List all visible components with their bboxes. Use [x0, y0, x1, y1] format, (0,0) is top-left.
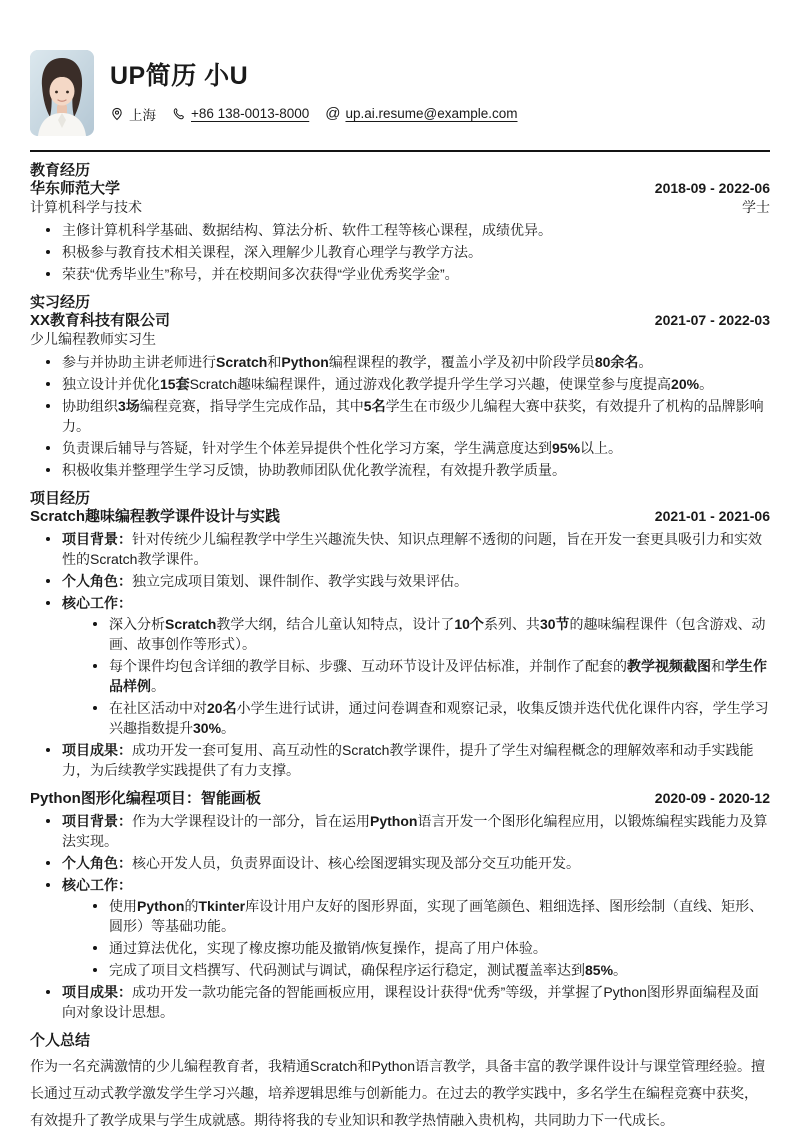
bullet-list: 主修计算机科学基础、数据结构、算法分析、软件工程等核心课程，成绩优异。积极参与教…: [30, 220, 770, 284]
bullet-item: 每个课件均包含详细的教学目标、步骤、互动环节设计及评估标准，并制作了配套的教学视…: [77, 656, 770, 696]
section-projects: 项目经历Scratch趣味编程教学课件设计与实践2021-01 - 2021-0…: [30, 490, 770, 1022]
bullet-item: 个人角色：核心开发人员，负责界面设计、核心绘图逻辑实现及部分交互功能开发。: [30, 853, 770, 873]
bullet-item: 项目成果：成功开发一款功能完备的智能画板应用，课程设计获得“优秀”等级，并掌握了…: [30, 982, 770, 1022]
entry-title: XX教育科技有限公司: [30, 312, 170, 329]
map-pin-icon: [110, 107, 124, 121]
entry-head: XX教育科技有限公司2021-07 - 2022-03: [30, 312, 770, 329]
bullet-list: 项目背景：作为大学课程设计的一部分，旨在运用Python语言开发一个图形化编程应…: [30, 811, 770, 1022]
location-text: 上海: [129, 104, 156, 124]
resume-body: 教育经历华东师范大学2018-09 - 2022-06计算机科学与技术学士主修计…: [30, 162, 770, 1130]
header-divider: [30, 150, 770, 152]
entry: 华东师范大学2018-09 - 2022-06计算机科学与技术学士主修计算机科学…: [30, 180, 770, 284]
bullet-item: 深入分析Scratch教学大纲，结合儿童认知特点，设计了10个系列、共30节的趣…: [77, 614, 770, 654]
bullet-list: 参与并协助主讲老师进行Scratch和Python编程课程的教学，覆盖小学及初中…: [30, 352, 770, 480]
section-title-internship: 实习经历: [30, 294, 770, 311]
email-item: @ up.ai.resume@example.com: [325, 106, 517, 121]
entry-head: 华东师范大学2018-09 - 2022-06: [30, 180, 770, 197]
contact-row: 上海 +86 138-0013-8000 @ up.ai.resume@exam…: [110, 104, 518, 124]
phone-icon: [172, 107, 186, 121]
email-link[interactable]: up.ai.resume@example.com: [345, 106, 517, 121]
bullet-item: 项目成果：成功开发一套可复用、高互动性的Scratch教学课件，提升了学生对编程…: [30, 740, 770, 780]
entry-subtitle: 计算机科学与技术: [30, 199, 142, 216]
bullet-item: 积极参与教育技术相关课程，深入理解少儿教育心理学与教学方法。: [30, 242, 770, 262]
entry-title: Scratch趣味编程教学课件设计与实践: [30, 508, 280, 525]
bullet-item: 积极收集并整理学生学习反馈，协助教师团队优化教学流程，有效提升教学质量。: [30, 460, 770, 480]
entry-date: 2020-09 - 2020-12: [655, 790, 770, 807]
bullet-item: 完成了项目文档撰写、代码测试与调试，确保程序运行稳定，测试覆盖率达到85%。: [77, 960, 770, 980]
entry-title: Python图形化编程项目：智能画板: [30, 790, 261, 807]
entry: XX教育科技有限公司2021-07 - 2022-03少儿编程教师实习生参与并协…: [30, 312, 770, 480]
entry-date: 2021-01 - 2021-06: [655, 508, 770, 525]
bullet-item: 荣获“优秀毕业生”称号，并在校期间多次获得“学业优秀奖学金”。: [30, 264, 770, 284]
section-title-summary: 个人总结: [30, 1032, 770, 1049]
entry-title: 华东师范大学: [30, 180, 120, 197]
bullet-item: 项目背景：作为大学课程设计的一部分，旨在运用Python语言开发一个图形化编程应…: [30, 811, 770, 851]
resume-header: UP简历 小U 上海 +86 138-0013-8000 @: [30, 50, 770, 136]
section-title-education: 教育经历: [30, 162, 770, 179]
entry-subrow: 计算机科学与技术学士: [30, 199, 770, 216]
bullet-item: 项目背景：针对传统少儿编程教学中学生兴趣流失快、知识点理解不透彻的问题，旨在开发…: [30, 529, 770, 569]
entry: Scratch趣味编程教学课件设计与实践2021-01 - 2021-06项目背…: [30, 508, 770, 780]
entry: Python图形化编程项目：智能画板2020-09 - 2020-12项目背景：…: [30, 790, 770, 1022]
bullet-item: 协助组织3场编程竞赛，指导学生完成作品，其中5名学生在市级少儿编程大赛中获奖，有…: [30, 396, 770, 436]
resume-page: UP简历 小U 上海 +86 138-0013-8000 @: [0, 0, 800, 1130]
bullet-item: 核心工作：深入分析Scratch教学大纲，结合儿童认知特点，设计了10个系列、共…: [30, 593, 770, 738]
bullet-item: 使用Python的Tkinter库设计用户友好的图形界面，实现了画笔颜色、粗细选…: [77, 896, 770, 936]
entry-head: Python图形化编程项目：智能画板2020-09 - 2020-12: [30, 790, 770, 807]
bullet-item: 在社区活动中对20名小学生进行试讲，通过问卷调查和观察记录，收集反馈并迭代优化课…: [77, 698, 770, 738]
candidate-name: UP简历 小U: [110, 63, 518, 91]
entry-subrow: 少儿编程教师实习生: [30, 331, 770, 348]
section-education: 教育经历华东师范大学2018-09 - 2022-06计算机科学与技术学士主修计…: [30, 162, 770, 284]
bullet-item: 负责课后辅导与答疑，针对学生个体差异提供个性化学习方案，学生满意度达到95%以上…: [30, 438, 770, 458]
bullet-item: 通过算法优化，实现了橡皮擦功能及撤销/恢复操作，提高了用户体验。: [77, 938, 770, 958]
bullet-item: 个人角色：独立完成项目策划、课件制作、教学实践与效果评估。: [30, 571, 770, 591]
location-item: 上海: [110, 104, 156, 124]
sub-bullet-list: 深入分析Scratch教学大纲，结合儿童认知特点，设计了10个系列、共30节的趣…: [77, 614, 770, 738]
profile-photo-illustration: [30, 50, 94, 136]
section-summary: 个人总结作为一名充满激情的少儿编程教育者，我精通Scratch和Python语言…: [30, 1032, 770, 1130]
entry-date: 2018-09 - 2022-06: [655, 180, 770, 197]
bullet-list: 项目背景：针对传统少儿编程教学中学生兴趣流失快、知识点理解不透彻的问题，旨在开发…: [30, 529, 770, 780]
bullet-item: 核心工作：使用Python的Tkinter库设计用户友好的图形界面，实现了画笔颜…: [30, 875, 770, 980]
bullet-item: 参与并协助主讲老师进行Scratch和Python编程课程的教学，覆盖小学及初中…: [30, 352, 770, 372]
phone-item: +86 138-0013-8000: [172, 106, 309, 121]
section-title-projects: 项目经历: [30, 490, 770, 507]
entry-subtitle: 少儿编程教师实习生: [30, 331, 156, 348]
bullet-item: 独立设计并优化15套Scratch趣味编程课件，通过游戏化教学提升学生学习兴趣，…: [30, 374, 770, 394]
phone-link[interactable]: +86 138-0013-8000: [191, 106, 309, 121]
sub-bullet-list: 使用Python的Tkinter库设计用户友好的图形界面，实现了画笔颜色、粗细选…: [77, 896, 770, 980]
entry-date: 2021-07 - 2022-03: [655, 312, 770, 329]
header-text: UP简历 小U 上海 +86 138-0013-8000 @: [110, 50, 518, 124]
entry-head: Scratch趣味编程教学课件设计与实践2021-01 - 2021-06: [30, 508, 770, 525]
email-at-icon: @: [325, 106, 340, 121]
section-internship: 实习经历XX教育科技有限公司2021-07 - 2022-03少儿编程教师实习生…: [30, 294, 770, 480]
summary-paragraph: 作为一名充满激情的少儿编程教育者，我精通Scratch和Python语言教学，具…: [30, 1053, 770, 1130]
entry-subtitle-right: 学士: [742, 199, 770, 216]
bullet-item: 主修计算机科学基础、数据结构、算法分析、软件工程等核心课程，成绩优异。: [30, 220, 770, 240]
profile-photo: [30, 50, 94, 136]
